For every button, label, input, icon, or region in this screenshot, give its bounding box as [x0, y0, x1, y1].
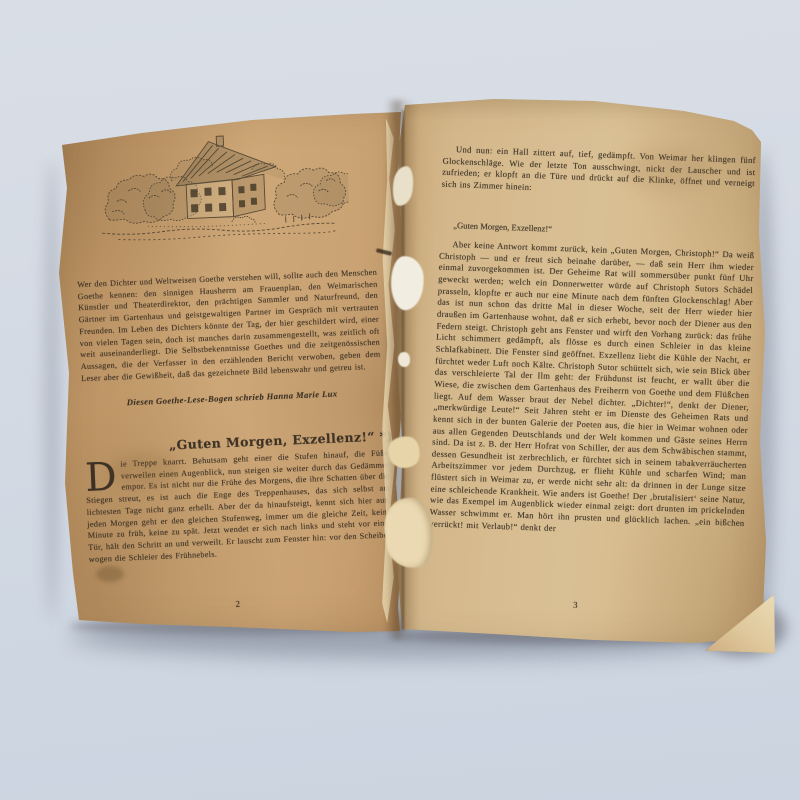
left-page-intro-paragraph: Wer den Dichter und Weltweisen Goethe ve… — [77, 267, 381, 385]
page-stain — [110, 452, 180, 488]
photo-of-open-booklet: Wer den Dichter und Weltweisen Goethe ve… — [0, 0, 800, 800]
right-page-paragraph-2: Aber keine Antwort kommt zurück, kein „G… — [429, 239, 754, 542]
greeting-line: „Guten Morgen, Exzellenz!“ — [440, 220, 753, 241]
paper-tear — [398, 352, 410, 367]
garden-house-illustration — [84, 122, 351, 253]
right-page: Und nun: ein Hall zittert auf, tief, ged… — [394, 92, 774, 649]
left-page: Wer den Dichter und Weltweisen Goethe ve… — [52, 103, 404, 638]
page-stain — [620, 150, 710, 190]
page-stain — [96, 566, 124, 582]
right-page-number: 3 — [385, 593, 765, 617]
author-byline: Diesen Goethe-Lese-Bogen schrieb Hanna M… — [77, 386, 387, 409]
book-shadow-left — [44, 160, 60, 620]
left-page-number: 2 — [62, 591, 414, 616]
